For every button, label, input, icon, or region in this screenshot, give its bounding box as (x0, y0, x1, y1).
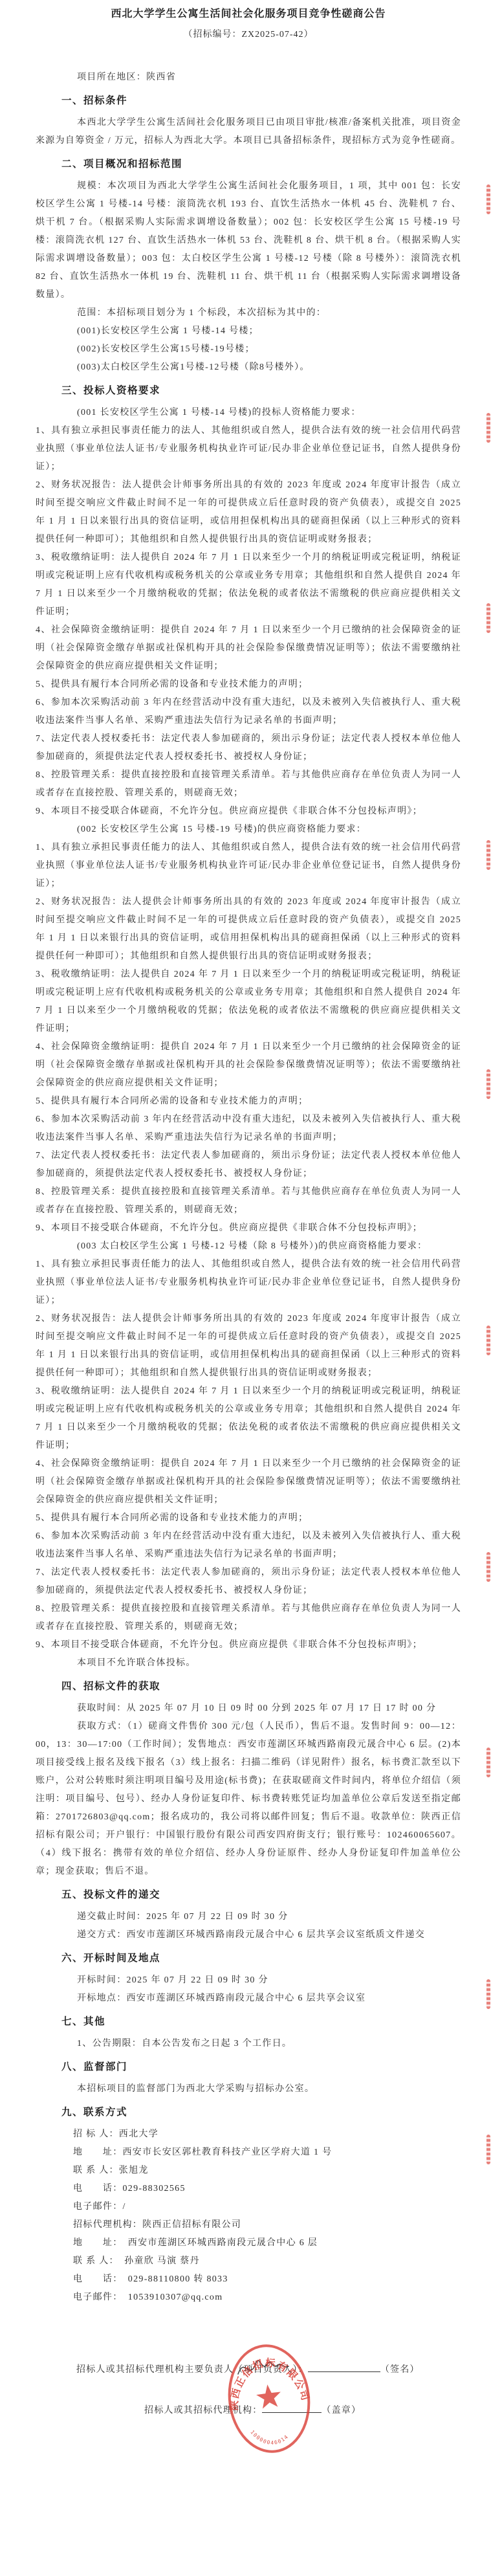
edge-seal-fragment (486, 1552, 490, 1582)
signature-area: 招标人或其招标代理机构主要负责人（项目负责人）：（签名） 招标人或其招标代理机构… (0, 2361, 491, 2420)
paragraph: 规模：本次项目为西北大学学生公寓生活间社会化服务项目，1 项，其中 001 包：… (36, 177, 461, 304)
paragraph: 递交截止时间：2025 年 07 月 22 日 09 时 30 分 (36, 1908, 461, 1926)
paragraph: 9、本项目不接受联合体磋商，不允许分包。供应商应提供《非联合体不分包投标声明》； (36, 1219, 461, 1238)
paragraph: 开标时间：2025 年 07 月 22 日 09 时 30 分 (36, 1971, 461, 1990)
paragraph: 5、提供具有履行本合同所必需的设备和专业技术能力的声明； (36, 1093, 461, 1111)
paragraph: 7、法定代表人授权委托书：法定代表人参加磋商的，须出示身份证；法定代表人授权本单… (36, 1564, 461, 1600)
paragraph: 5、提供具有履行本合同所必需的设备和专业技术能力的声明； (36, 1509, 461, 1527)
paragraph: 4、社会保障资金缴纳证明：提供自 2024 年 7 月 1 日以来至少一个月已缴… (36, 1038, 461, 1093)
document-content: 西北大学学生公寓生活间社会化服务项目竞争性磋商公告 （招标编号：ZX2025-0… (0, 0, 491, 2307)
paragraph: 7、法定代表人授权委托书：法定代表人参加磋商的，须出示身份证；法定代表人授权本单… (36, 730, 461, 766)
paragraph: 本项目不允许联合体投标。 (36, 1654, 461, 1672)
paragraph: 4、社会保障资金缴纳证明：提供自 2024 年 7 月 1 日以来至少一个月已缴… (36, 1455, 461, 1509)
section-heading: 二、项目概况和招标范围 (36, 156, 461, 173)
paragraph: 开标地点：西安市莲湖区环城西路南段元晟合中心 6 层共享会议室 (36, 1990, 461, 2008)
edge-seal-fragment (486, 2135, 490, 2164)
paragraph: 3、税收缴纳证明：法人提供自 2024 年 7 月 1 日以来至少一个月的纳税证… (36, 1382, 461, 1455)
paragraph: 招标代理机构：陕西正信招标有限公司 (36, 2216, 461, 2234)
tender-number: （招标编号：ZX2025-07-42） (36, 27, 461, 40)
agency-signature-suffix: （盖章） (322, 2406, 361, 2415)
paragraph: 本招标项目的监督部门为西北大学采购与招标办公室。 (36, 2080, 461, 2098)
section-heading: 六、开标时间及地点 (36, 1950, 461, 1967)
paragraph: 2、财务状况报告：法人提供会计师事务所出具的有效的 2023 年度或 2024 … (36, 1310, 461, 1382)
principal-signature-suffix: （签名） (380, 2365, 420, 2375)
paragraph: 电 话：029-88302565 (36, 2180, 461, 2198)
paragraph: 6、参加本次采购活动前 3 年内在经营活动中没有重大违纪，以及未被列入失信被执行… (36, 1527, 461, 1564)
paragraph: (003)太白校区学生公寓1号楼-12号楼（除8号楼外）。 (36, 359, 461, 377)
section-heading: 七、其他 (36, 2014, 461, 2030)
section-heading: 三、投标人资格要求 (36, 383, 461, 399)
paragraph: 1、具有独立承担民事责任能力的法人、其他组织或自然人，提供合法有效的统一社会信用… (36, 1256, 461, 1310)
seal-star-icon (255, 2383, 282, 2410)
edge-seal-fragment (486, 413, 490, 443)
paragraph: 范围：本招标项目划分为 1 个标段，本次招标为其中的： (36, 304, 461, 322)
paragraph: 8、控股管理关系：提供直接控股和直接管理关系清单。若与其他供应商存在单位负责人为… (36, 1600, 461, 1636)
paragraph: 招 标 人：西北大学 (36, 2126, 461, 2144)
paragraph: (001)长安校区学生公寓 1 号楼-14 号楼； (36, 322, 461, 340)
paragraph: 6、参加本次采购活动前 3 年内在经营活动中没有重大违纪，以及未被列入失信被执行… (36, 1111, 461, 1147)
paragraph: 1、公告期限：自本公告发布之日起 3 个工作日。 (36, 2035, 461, 2053)
paragraph: 地 址： 西安市莲湖区环城西路南段元晟合中心 6 层 (36, 2234, 461, 2252)
edge-seal-fragment (486, 840, 490, 870)
paragraph: 5、提供具有履行本合同所必需的设备和专业技术能力的声明； (36, 676, 461, 694)
edge-seal-fragment (486, 184, 490, 214)
paragraph: 9、本项目不接受联合体磋商，不允许分包。供应商应提供《非联合体不分包投标声明》； (36, 1636, 461, 1654)
paragraph: 获取时间：从 2025 年 07 月 10 日 09 时 00 分到 2025 … (36, 1700, 461, 1718)
paragraph: 地 址：西安市长安区郭杜教育科技产业区学府大道 1 号 (36, 2144, 461, 2162)
paragraph: 7、法定代表人授权委托书：法定代表人参加磋商的，须出示身份证；法定代表人授权本单… (36, 1147, 461, 1183)
paragraph: 联 系 人： 孙童欣 马演 蔡丹 (36, 2252, 461, 2271)
paragraph: (003 太白校区学生公寓 1 号楼-12 号楼（除 8 号楼外）)的供应商资格… (36, 1238, 461, 1256)
edge-seal-fragment (486, 1979, 490, 2009)
official-seal: 陕西正信招标有限公司 10000046014 (220, 2337, 318, 2461)
edge-seal-fragment (486, 603, 490, 633)
paragraph: 8、控股管理关系：提供直接控股和直接管理关系清单。若与其他供应商存在单位负责人为… (36, 766, 461, 803)
section-heading: 九、联系方式 (36, 2104, 461, 2121)
section-heading: 四、招标文件的获取 (36, 1678, 461, 1695)
paragraph: 联 系 人：张旭龙 (36, 2162, 461, 2180)
signature-blank-line (308, 2362, 380, 2372)
section-heading: 八、监督部门 (36, 2059, 461, 2076)
paragraph: 4、社会保障资金缴纳证明：提供自 2024 年 7 月 1 日以来至少一个月已缴… (36, 621, 461, 676)
document-title: 西北大学学生公寓生活间社会化服务项目竞争性磋商公告 (36, 5, 461, 20)
paragraph: 获取方式：（1）磋商文件售价 300 元/包（人民币），售后不退。发售时间 9：… (36, 1718, 461, 1881)
paragraph: 2、财务状况报告：法人提供会计师事务所出具的有效的 2023 年度或 2024 … (36, 893, 461, 966)
edge-seal-fragment (486, 1069, 490, 1099)
paragraph: 1、具有独立承担民事责任能力的法人、其他组织或自然人，提供合法有效的统一社会信用… (36, 839, 461, 893)
paragraph: 9、本项目不接受联合体磋商，不允许分包。供应商应提供《非联合体不分包投标声明》； (36, 803, 461, 821)
seal-code-text: 10000046014 (249, 2425, 290, 2449)
paragraph: 1、具有独立承担民事责任能力的法人、其他组织或自然人，提供合法有效的统一社会信用… (36, 422, 461, 476)
paragraph: 3、税收缴纳证明：法人提供自 2024 年 7 月 1 日以来至少一个月的纳税证… (36, 966, 461, 1038)
paragraph: 递交方式：西安市莲湖区环城西路南段元晟合中心 6 层共享会议室纸质文件递交 (36, 1926, 461, 1944)
paragraph: 3、税收缴纳证明：法人提供自 2024 年 7 月 1 日以来至少一个月的纳税证… (36, 549, 461, 621)
document-body: 项目所在地区：陕西省一、招标条件本西北大学学生公寓生活间社会化服务项目已由项目审… (36, 69, 461, 2307)
paragraph: 6、参加本次采购活动前 3 年内在经营活动中没有重大违纪，以及未被列入失信被执行… (36, 694, 461, 730)
svg-text:10000046014: 10000046014 (249, 2425, 290, 2449)
edge-seal-fragment (486, 1326, 490, 1355)
paragraph: 电子邮件： 1053910307@qq.com (36, 2289, 461, 2307)
section-heading: 一、招标条件 (36, 93, 461, 109)
paragraph: 项目所在地区：陕西省 (36, 69, 461, 87)
document-page: 西北大学学生公寓生活间社会化服务项目竞争性磋商公告 （招标编号：ZX2025-0… (0, 0, 491, 2576)
edge-seal-fragment (486, 1748, 490, 1777)
paragraph: 本西北大学学生公寓生活间社会化服务项目已由项目审批/核准/备案机关批准，项目资金… (36, 114, 461, 150)
paragraph: 8、控股管理关系：提供直接控股和直接管理关系清单。若与其他供应商存在单位负责人为… (36, 1183, 461, 1219)
section-heading: 五、投标文件的递交 (36, 1887, 461, 1904)
paragraph: 电子邮件：/ (36, 2198, 461, 2216)
paragraph: 电 话： 029-88110800 转 8033 (36, 2271, 461, 2289)
paragraph: (002 长安校区学生公寓 15 号楼-19 号楼)的供应商资格能力要求： (36, 821, 461, 839)
paragraph: (002)长安校区学生公寓15号楼-19号楼； (36, 340, 461, 359)
paragraph: 2、财务状况报告：法人提供会计师事务所出具的有效的 2023 年度或 2024 … (36, 476, 461, 549)
paragraph: (001 长安校区学生公寓 1 号楼-14 号楼)的投标人资格能力要求： (36, 404, 461, 422)
